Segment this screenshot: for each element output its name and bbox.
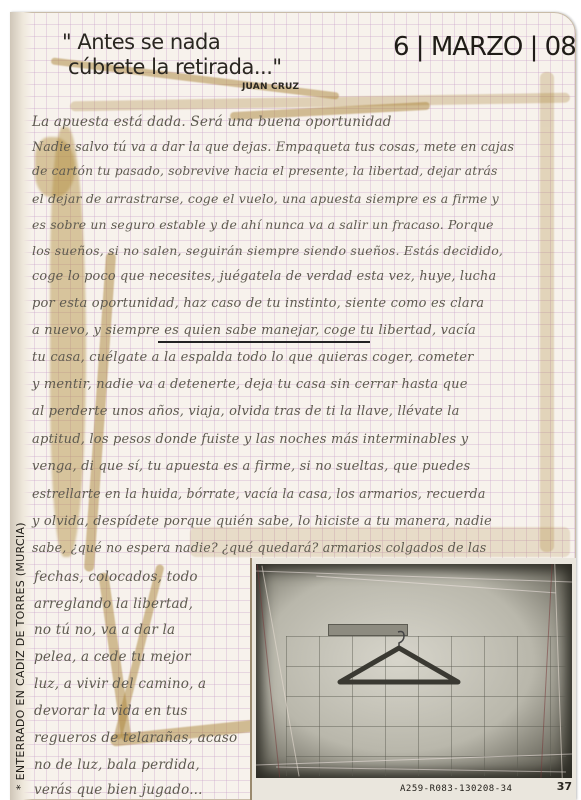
quote-line-2: cúbrete la retirada..."	[68, 55, 282, 79]
body-line: La apuesta está dada. Será una buena opo…	[32, 114, 392, 130]
body-line: venga, di que sí, tu apuesta es a firme,…	[32, 459, 470, 474]
lower-line: fechas, colocados, todo	[34, 569, 198, 585]
quote-line-1: " Antes se nada	[62, 30, 220, 54]
entry-date: 6 | MARZO | 08	[393, 32, 576, 62]
scratch-line	[256, 570, 572, 582]
lower-line: no tú no, va a dar la	[34, 622, 175, 638]
clothes-hanger-icon	[336, 628, 466, 688]
film-code-label: A259-R083-130208-34	[400, 784, 512, 794]
body-line-underlined: a nuevo, y siempre es quien sabe manejar…	[32, 323, 476, 338]
underline-mark	[158, 341, 370, 343]
body-line: Nadie salvo tú va a dar la que dejas. Em…	[32, 139, 514, 154]
lower-line: pelea, a cede tu mejor	[34, 649, 191, 665]
lower-line: regueros de telarañas, acaso	[34, 730, 237, 746]
body-line: y mentir, nadie va a detenerte, deja tu …	[32, 377, 468, 392]
body-line: los sueños, si no salen, seguirán siempr…	[32, 243, 503, 258]
scratch-line	[257, 565, 280, 778]
body-line: el dejar de arrastrarse, coge el vuelo, …	[32, 191, 499, 206]
lower-line: no de luz, bala perdida,	[34, 757, 200, 773]
quote-author: JUAN CRUZ	[242, 82, 299, 92]
lower-line: luz, a vivir del camino, a	[34, 676, 206, 692]
body-line: es sobre un seguro estable y de ahí nunc…	[32, 217, 494, 232]
body-line: de cartón tu pasado, sobrevive hacia el …	[32, 164, 498, 178]
body-line: estrellarte en la huida, bórrate, vacía …	[32, 486, 486, 501]
lower-line: devorar la vida en tus	[34, 703, 188, 719]
lower-line: verás que bien jugado...	[34, 782, 203, 798]
body-line: tu casa, cuélgate a la espalda todo lo q…	[32, 350, 474, 365]
body-line: al perderte unos años, viaja, olvida tra…	[32, 404, 460, 419]
coffee-streak	[540, 72, 554, 552]
photo-image	[256, 564, 572, 778]
body-line: por esta oportunidad, haz caso de tu ins…	[32, 296, 484, 311]
page-number: 37	[557, 780, 572, 793]
lower-line: arreglando la libertad,	[34, 596, 193, 612]
pasted-photo: A259-R083-130208-34 37	[250, 558, 576, 800]
body-line: coge lo poco que necesites, juégatela de…	[32, 269, 496, 284]
body-line: y olvida, despídete porque quién sabe, l…	[32, 514, 492, 529]
scratch-line	[316, 576, 555, 594]
side-note-vertical: * ENTERRADO EN CADIZ DE TORRES (MURCIA)	[14, 522, 27, 790]
body-line: sabe, ¿qué no espera nadie? ¿qué quedará…	[32, 540, 486, 555]
body-line: aptitud, los pesos donde fuiste y las no…	[32, 432, 468, 447]
body-line-text: a nuevo, y siempre es quien sabe manejar…	[32, 323, 476, 338]
